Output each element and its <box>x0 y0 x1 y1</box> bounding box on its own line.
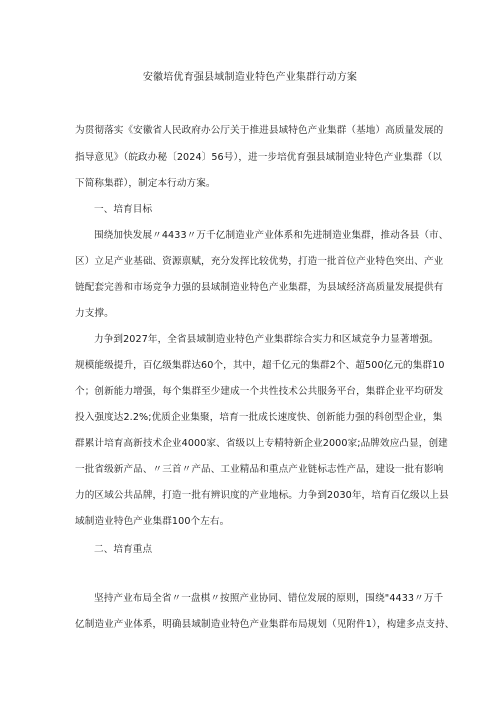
paragraph-line: 个；创新能力增强，每个集群至少建成一个共性技术公共服务平台，集群企业平均研发 <box>75 383 443 397</box>
paragraph-line: 坚持产业布局全省〃一盘棋〃按照产业协同、错位发展的原则，围绕"4433〃万千 <box>94 590 443 604</box>
paragraph-line: 规模能级提升，百亿级集群达60个，其中，超千亿元的集群2个、超500亿元的集群1… <box>75 357 445 371</box>
paragraph-line: 区）立足产业基础、资源禀赋，充分发挥比较优势，打造一批首位产业特色突出、产业 <box>75 253 443 267</box>
paragraph-line: 群累计培育高新技术企业4000家、省级以上专精特新企业2000家;品牌效应凸显，… <box>75 435 448 449</box>
paragraph-line: 指导意见》（皖政办秘〔2024〕56号），进一步培优育强县域制造业特色产业集群（… <box>75 149 442 163</box>
paragraph-line: 下简称集群），制定本行动方案。 <box>75 175 216 189</box>
paragraph-line: 一批省级新产品、〃三首〃产品、工业精品和重点产业链标志性产品，建设一批有影响 <box>75 461 443 475</box>
paragraph-line: 亿制造业产业体系，明确县域制造业特色产业集群布局规划（见附件1），构建多点支持、 <box>75 616 454 630</box>
paragraph-line: 力争到2027年，全省县域制造业特色产业集群综合实力和区域竞争力显著增强。 <box>94 331 439 345</box>
paragraph-line: 链配套完善和市场竞争力强的县域制造业特色产业集群，为县域经济高质量发展提供有 <box>75 279 443 293</box>
paragraph-line: 二、培育重点 <box>94 541 152 555</box>
paragraph-line: 域制造业特色产业集群100个左右。 <box>75 513 229 527</box>
document-title: 安徽培优育强县域制造业特色产业集群行动方案 <box>0 68 500 83</box>
paragraph-line: 力的区域公共品牌，打造一批有辨识度的产业地标。力争到2030年，培育百亿级以上县 <box>75 487 449 501</box>
paragraph-line: 围绕加快发展〃4433〃万千亿制造业产业体系和先进制造业集群，推动各县（市、 <box>94 227 448 241</box>
paragraph-line: 一、培育目标 <box>94 201 152 215</box>
paragraph-line: 力支撑。 <box>75 305 114 319</box>
paragraph-line: 投入强度达2.2%;优质企业集聚，培育一批成长速度快、创新能力强的科创型企业，集 <box>75 409 442 423</box>
paragraph-line: 为贯彻落实《安徽省人民政府办公厅关于推进县域特色产业集群（基地）高质量发展的 <box>75 122 443 136</box>
